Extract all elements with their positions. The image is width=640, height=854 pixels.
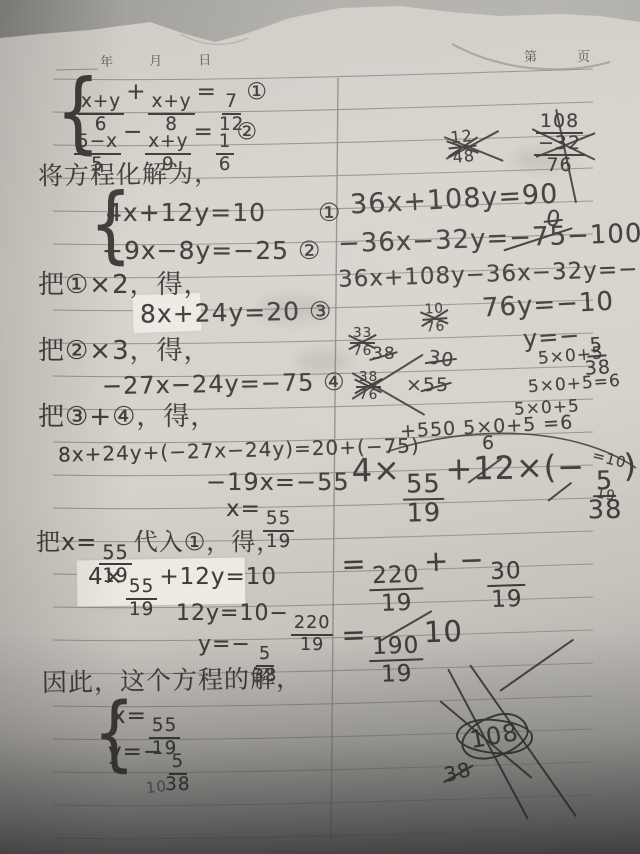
conclusion-text: 因此，这个方程的解， <box>42 666 302 697</box>
step-text: 把①×2，得， <box>38 272 211 299</box>
handwriting-text: 把①×2，得， <box>38 272 211 299</box>
handwriting-text: + − <box>423 544 485 577</box>
footer-print-mark <box>407 843 414 852</box>
handwriting-text: x= <box>112 704 147 728</box>
equation-3: 8x+24y=20 ③ <box>140 298 333 328</box>
notebook-photo: 年 月 日 第 页 { { { x+y6 + x+y8 = 712 ① 5−x5… <box>0 0 640 854</box>
handwriting-text: × <box>406 376 423 396</box>
handwriting-text: 把③+④，得， <box>38 404 217 431</box>
handwriting-text: +12y=10 <box>159 565 277 589</box>
handwriting-text: −19x=−55 <box>206 470 350 495</box>
step-text: 将方程化解为， <box>38 160 220 189</box>
handwriting-text: −36x−32y= <box>338 225 510 258</box>
handwriting-text: ② <box>236 120 258 144</box>
handwriting-text: ① <box>246 80 268 104</box>
handwriting-text: 4× <box>88 565 124 589</box>
page-header-label: 第 页 <box>524 46 608 65</box>
step-text: 把③+④，得， <box>38 404 217 431</box>
handwriting-text: 55 <box>423 376 449 396</box>
handwriting-text: = <box>193 120 213 144</box>
handwriting-text: 10 <box>145 779 168 797</box>
fraction: 1076 <box>421 302 448 335</box>
footer-print-mark <box>368 843 375 852</box>
cancellation-digit: 6 <box>482 434 495 454</box>
simplified-eq-2: −9x−8y=−25 ② <box>102 238 321 264</box>
handwriting-text: + <box>126 80 146 104</box>
handwriting-text: 10 <box>423 616 463 648</box>
handwriting-text: y=− <box>108 740 163 764</box>
rule-line <box>180 34 248 44</box>
handwriting-text: 8x+24y=20 ③ <box>140 298 333 328</box>
handwriting-text: 把②×3，得， <box>38 338 211 365</box>
handwriting-text: 将方程化解为， <box>38 160 220 189</box>
handwriting-text: 4× <box>351 454 401 488</box>
fraction: 5519 <box>126 578 157 619</box>
date-header-label: 年 月 日 <box>100 49 228 70</box>
x-equation: −19x=−55 <box>206 470 350 495</box>
handwriting-text: −75 <box>509 223 568 252</box>
handwriting-text: −100 <box>567 221 640 251</box>
handwriting-text: 30 <box>427 348 456 371</box>
handwriting-text: = <box>341 548 367 579</box>
handwriting-text: 代入①，得， <box>134 530 282 555</box>
scratch-fraction: 1076 <box>419 293 451 335</box>
handwriting-text: −27x−24y=−75 ④ <box>102 370 346 399</box>
check-fractions: = 22019 + −3019 <box>341 543 528 616</box>
scribble: ×55 <box>406 376 449 396</box>
fraction: 538 <box>165 753 190 794</box>
handwriting-text: 因此，这个方程的解， <box>42 666 302 697</box>
simplified-eq-1: 4x+12y=10 ① <box>106 200 341 226</box>
handwriting-text: 76 <box>542 156 576 176</box>
fraction: 3019 <box>487 559 526 611</box>
fraction: 22019 <box>369 563 424 615</box>
faint-pencil-mark: 10 <box>145 779 168 797</box>
handwriting-text: = <box>197 80 217 104</box>
handwriting-text: − <box>123 120 143 144</box>
handwriting-text: 12y=10− <box>176 602 289 625</box>
handwriting-text: −9x−8y=−25 ② <box>102 238 321 264</box>
fraction: 5519 <box>403 471 445 527</box>
equation-4: −27x−24y=−75 ④ <box>102 370 346 399</box>
scribble: 30 <box>427 348 456 371</box>
footer-print-mark <box>381 843 388 852</box>
handwriting-text: = <box>341 619 367 650</box>
handwriting-text: x= <box>226 497 261 521</box>
footer-print-mark <box>394 843 401 852</box>
handwriting-text: +12×(− <box>445 450 585 486</box>
step-text: 把②×3，得， <box>38 338 211 365</box>
rule-line <box>53 795 593 806</box>
fraction: 19019 <box>369 634 424 686</box>
fraction: 22019 <box>291 615 334 654</box>
cancellation-digit: 19 <box>595 486 617 504</box>
handwriting-text: y=− <box>198 633 251 656</box>
handwriting-text: 4x+12y=10 ① <box>106 200 341 226</box>
rule-line <box>53 828 593 839</box>
handwriting-text: 把x= <box>36 530 97 555</box>
